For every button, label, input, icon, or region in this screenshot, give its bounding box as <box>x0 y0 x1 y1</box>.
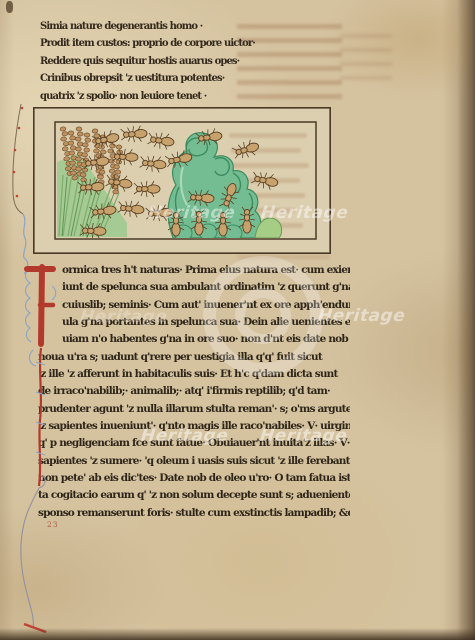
body-text-line: ormica tres h't naturas· Prima eius natu… <box>62 262 350 279</box>
verse-line: Reddere quis sequitur hostis auarus opes… <box>40 53 290 70</box>
body-text-line: non pete' ab eis dic'tes· Date nob de ol… <box>38 470 350 487</box>
page-edge-bottom <box>0 628 475 640</box>
body-text-line: 'z sapientes inueniunt'· q'nto magis ill… <box>38 418 350 435</box>
body-text-line: ula g'na portantes in spelunca sua· Dein… <box>62 314 350 331</box>
body-text-line: q' p negligenciam fce sunt fatue· Obuiau… <box>38 435 350 452</box>
body-text-line: ta cogitacio earum q' 'z non solum decep… <box>38 487 350 504</box>
drop-cap-spacer <box>38 262 62 348</box>
verse-line: quatrix 'z spolio· non leuiore tenet · <box>40 88 290 105</box>
body-text-block: ormica tres h't naturas· Prima eius natu… <box>38 262 350 522</box>
body-text-line: uiam n'o habentes g'na in ore suo· non d… <box>62 331 350 348</box>
verse-line: Simia nature degenerantis homo · <box>40 18 290 35</box>
folio-number: 23 <box>47 520 59 529</box>
body-text-line: cuiuslib; seminis· Cum aut' inuener'nt e… <box>62 297 350 314</box>
ants-miniature <box>33 107 331 254</box>
verse-line: Prodit item custos: proprio de corpore u… <box>40 35 290 52</box>
body-text-line: noua u'ra s; uadunt q'rere per uestigia … <box>38 349 350 366</box>
body-text-line: de irraco'nabilib;· animalib;· atq' i'fi… <box>38 383 350 400</box>
page-edge-right <box>457 0 475 640</box>
page-corner-mark <box>6 1 13 13</box>
body-text-line: 'z ille 'z afferunt in habitaculis suis·… <box>38 366 350 383</box>
verse-block: Simia nature degenerantis homo ·Prodit i… <box>40 18 290 105</box>
body-text-line: sponso remanserunt foris· stulte cum exs… <box>38 505 350 522</box>
manuscript-page: Simia nature degenerantis homo ·Prodit i… <box>0 0 475 640</box>
verse-line: Crinibus obrepsit 'z uestitura potentes· <box>40 70 290 87</box>
body-text-line: prudenter agunt 'z nulla illarum stulta … <box>38 401 350 418</box>
body-text-line: sapientes 'z sumere· 'q oleum i uasis su… <box>38 453 350 470</box>
red-dots <box>13 107 24 198</box>
body-text-line: iunt de spelunca sua ambulant ordinatim … <box>62 279 350 296</box>
bleedthrough-top-far <box>340 34 392 89</box>
